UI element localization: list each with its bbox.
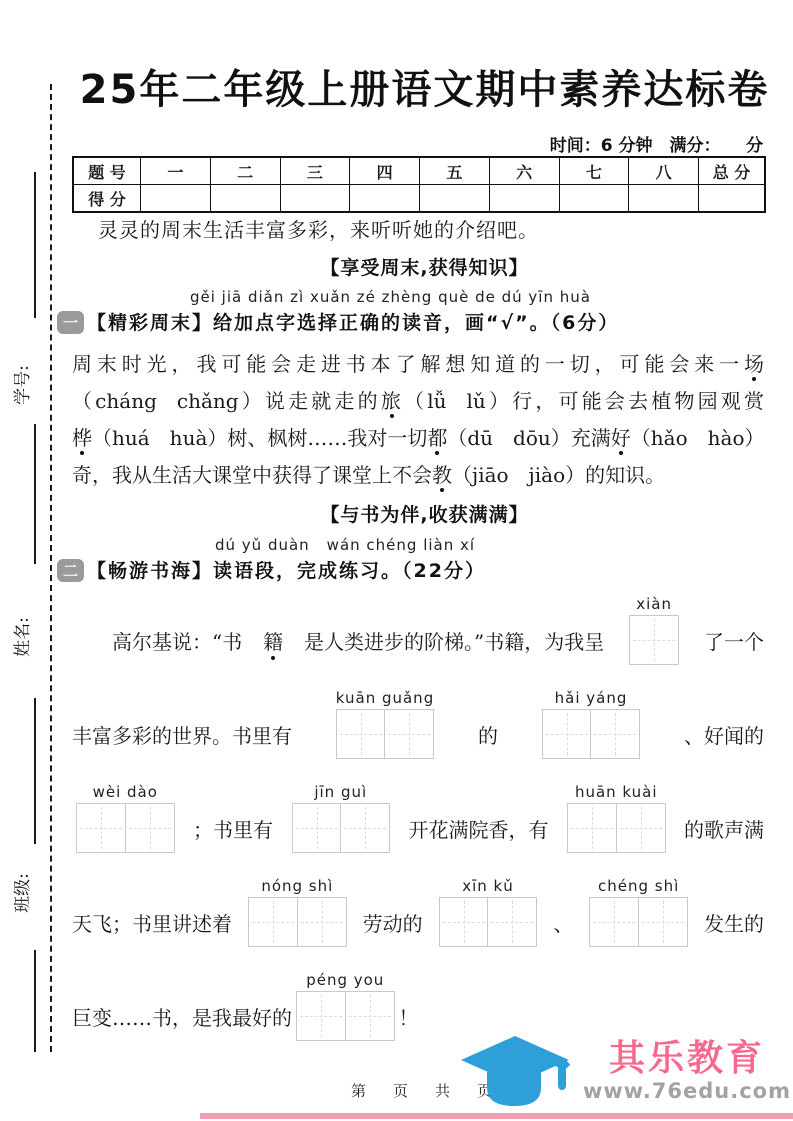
pinyin-writing-boxes: xiàn [629,615,679,665]
paragraph-text: （huá huà）树、枫树……我对一切 [92,426,427,450]
writing-cell[interactable] [439,897,489,947]
writing-cell[interactable] [567,803,617,853]
writing-cells [336,709,435,759]
pinyin-writing-boxes: xīn kǔ [439,897,538,947]
writing-cell[interactable] [629,615,679,665]
score-row-label: 得 分 [74,184,140,211]
section1-title-pinyin: gěi jiā diǎn zì xuǎn zé zhèng què de dú … [190,288,591,306]
paragraph-text: （lǚ lǔ）行，可能会去植物园观赏 [404,389,764,413]
pinyin-writing-boxes: nóng shì [248,897,347,947]
writing-cell[interactable] [487,897,537,947]
paragraph-line: （cháng chǎng）说走就走的旅（lǚ lǔ）行，可能会去植物园观赏 [72,383,764,420]
score-value-cell [698,184,764,211]
class-blank-line [34,698,36,844]
score-table-header-cell: 二 [210,158,280,184]
section2-title: 【畅游书海】读语段，完成练习。（22分） [87,556,486,583]
score-table-header-cell: 七 [559,158,629,184]
writing-cells [76,803,175,853]
intro-text: 灵灵的周末生活丰富多彩，来听听她的介绍吧。 [72,214,764,243]
writing-cell[interactable] [248,897,298,947]
paragraph-text: （dū dōu）充满 [447,426,610,450]
publisher-logo: 其乐教育 www.76edu.com [453,1028,791,1114]
pinyin-writing-boxes: jīn guì [292,803,391,853]
writing-cells [248,897,347,947]
writing-cell[interactable] [76,803,126,853]
score-value-cell [210,184,280,211]
writing-cell[interactable] [125,803,175,853]
student-id-label: 学号: [8,347,34,423]
graduation-cap-icon [453,1028,579,1114]
score-value-cell [628,184,698,211]
passage-line: 丰富多彩的世界。书里有kuān guǎng的hǎi yáng、好闻的 [72,687,764,781]
publisher-url: www.76edu.com [583,1079,791,1103]
section1-title: 【精彩周末】给加点字选择正确的读音，画“√”。（6分） [87,308,619,335]
passage-text: ；书里有 [193,814,273,843]
writing-cells [567,803,666,853]
passage-text: 的歌声满 [684,814,764,843]
score-table-header-cell: 四 [349,158,419,184]
writing-cells [629,615,679,665]
writing-cell[interactable] [542,709,592,759]
passage-text: 开花满院香，有 [409,814,549,843]
section1-heading: 一 【精彩周末】给加点字选择正确的读音，画“√”。（6分） [57,308,619,335]
writing-cells [292,803,391,853]
bottom-accent-bar [200,1113,793,1119]
pinyin-writing-boxes: hǎi yáng [542,709,641,759]
paragraph-line: 奇，我从生活大课堂中获得了课堂上不会教（jiāo jiào）的知识。 [72,457,764,494]
class-blank-line-end [34,950,36,1052]
pinyin-hint: nóng shì [248,877,347,895]
passage-text: 劳动的 [363,908,423,937]
pinyin-writing-boxes: chéng shì [589,897,688,947]
paragraph-text: 周末时光，我可能会走进书本了解想知道的一切，可能会来一 [72,352,744,376]
writing-cell[interactable] [296,991,346,1041]
passage-text: ！ [399,1002,419,1031]
pinyin-hint: xīn kǔ [439,877,538,895]
passage-text: 、 [553,908,573,937]
paragraph-line: 桦（huá huà）树、枫树……我对一切都（dū dōu）充满好（hǎo hào… [72,420,764,457]
writing-cells [439,897,538,947]
dotted-char: 场 [744,352,764,376]
pinyin-writing-boxes: huān kuài [567,803,666,853]
score-value-cell [559,184,629,211]
writing-cells [542,709,641,759]
time-score-info: 时间：6 分钟 满分： 分 [550,131,763,156]
section2-title-pinyin: dú yǔ duàn wán chéng liàn xí [215,536,475,554]
writing-cell[interactable] [638,897,688,947]
score-table: 题 号一二三四五六七八总 分得 分 [72,156,766,213]
passage-text: 的 [478,720,498,749]
writing-cell[interactable] [297,897,347,947]
paragraph-text: 奇，我从生活大课堂中获得了课堂上不会 [72,463,432,487]
writing-cells [296,991,395,1041]
dotted-char: 都 [427,426,447,450]
passage-text: 发生的 [704,908,764,937]
score-table-header-cell: 五 [419,158,489,184]
score-table-header-cell: 总 分 [698,158,764,184]
pinyin-hint: xiàn [629,595,679,613]
passage-text: 高尔基说：“书 [112,626,242,655]
paragraph-text: （cháng chǎng）说走就走的 [72,389,381,413]
passage-text: 丰富多彩的世界。书里有 [72,720,292,749]
passage-text: 、好闻的 [684,720,764,749]
pinyin-hint: kuān guǎng [336,689,435,707]
student-id-blank-line [34,172,36,318]
writing-cell[interactable] [589,897,639,947]
section2-passage: 高尔基说：“书籍是人类进步的阶梯。”书籍，为我呈xiàn了一个丰富多彩的世界。书… [72,593,764,1063]
score-value-cell [349,184,419,211]
exam-paper-page: 学号: 姓名: 班级: 25年二年级上册语文期中素养达标卷 时间：6 分钟 满分… [0,0,793,1121]
score-value-cell [140,184,210,211]
writing-cell[interactable] [345,991,395,1041]
dotted-char: 教 [432,463,452,487]
name-blank-line [34,424,36,564]
writing-cell[interactable] [336,709,386,759]
pinyin-hint: jīn guì [292,783,391,801]
pinyin-hint: hǎi yáng [542,689,641,707]
pinyin-writing-boxes: péng you [296,991,395,1041]
score-table-header-cell: 一 [140,158,210,184]
passage-line: 天飞；书里讲述着nóng shì劳动的xīn kǔ、chéng shì发生的 [72,875,764,969]
dotted-char: 好 [611,426,631,450]
pinyin-hint: péng you [296,971,395,989]
section1-number-badge: 一 [57,311,84,334]
section1-paragraph: 周末时光，我可能会走进书本了解想知道的一切，可能会来一场（cháng chǎng… [72,346,764,494]
name-label: 姓名: [8,599,34,675]
writing-cell[interactable] [292,803,342,853]
score-table-header-cell: 六 [489,158,559,184]
section2-banner: 【与书为伴,收获满满】 [56,500,793,527]
pinyin-hint: huān kuài [567,783,666,801]
pinyin-hint: wèi dào [76,783,175,801]
pinyin-writing-boxes: wèi dào [76,803,175,853]
writing-cell[interactable] [384,709,434,759]
paragraph-line: 周末时光，我可能会走进书本了解想知道的一切，可能会来一场 [72,346,764,383]
publisher-logo-texts: 其乐教育 www.76edu.com [583,1039,791,1103]
passage-text: 是人类进步的阶梯。”书籍，为我呈 [304,626,604,655]
writing-cell[interactable] [590,709,640,759]
score-value-cell [280,184,350,211]
pinyin-writing-boxes: kuān guǎng [336,709,435,759]
pinyin-hint: chéng shì [589,877,688,895]
passage-text: 天飞；书里讲述着 [72,908,232,937]
writing-cell[interactable] [616,803,666,853]
page-title: 25年二年级上册语文期中素养达标卷 [56,58,793,115]
writing-cell[interactable] [340,803,390,853]
paragraph-text: （jiāo jiào）的知识。 [452,463,665,487]
section2-heading: 二 【畅游书海】读语段，完成练习。（22分） [57,556,486,583]
dotted-char: 桦 [72,426,92,450]
cut-line-dashed [50,84,52,1052]
score-table-header-cell: 题 号 [74,158,140,184]
section1-banner: 【享受周末,获得知识】 [56,253,793,280]
section2-number-badge: 二 [57,559,84,582]
score-value-cell [489,184,559,211]
score-table-header-cell: 三 [280,158,350,184]
publisher-name: 其乐教育 [609,1039,765,1079]
paragraph-text: （hǎo hào） [631,426,765,450]
passage-line: 高尔基说：“书籍是人类进步的阶梯。”书籍，为我呈xiàn了一个 [72,593,764,687]
score-value-cell [419,184,489,211]
dotted-char: 旅 [381,389,404,413]
passage-text: 了一个 [704,626,764,655]
writing-cells [589,897,688,947]
score-table-header-cell: 八 [628,158,698,184]
passage-text: 巨变……书，是我最好的 [72,1002,292,1031]
class-label: 班级: [8,855,34,931]
passage-line: wèi dào；书里有jīn guì开花满院香，有huān kuài的歌声满 [72,781,764,875]
dotted-char: 籍 [263,626,283,655]
